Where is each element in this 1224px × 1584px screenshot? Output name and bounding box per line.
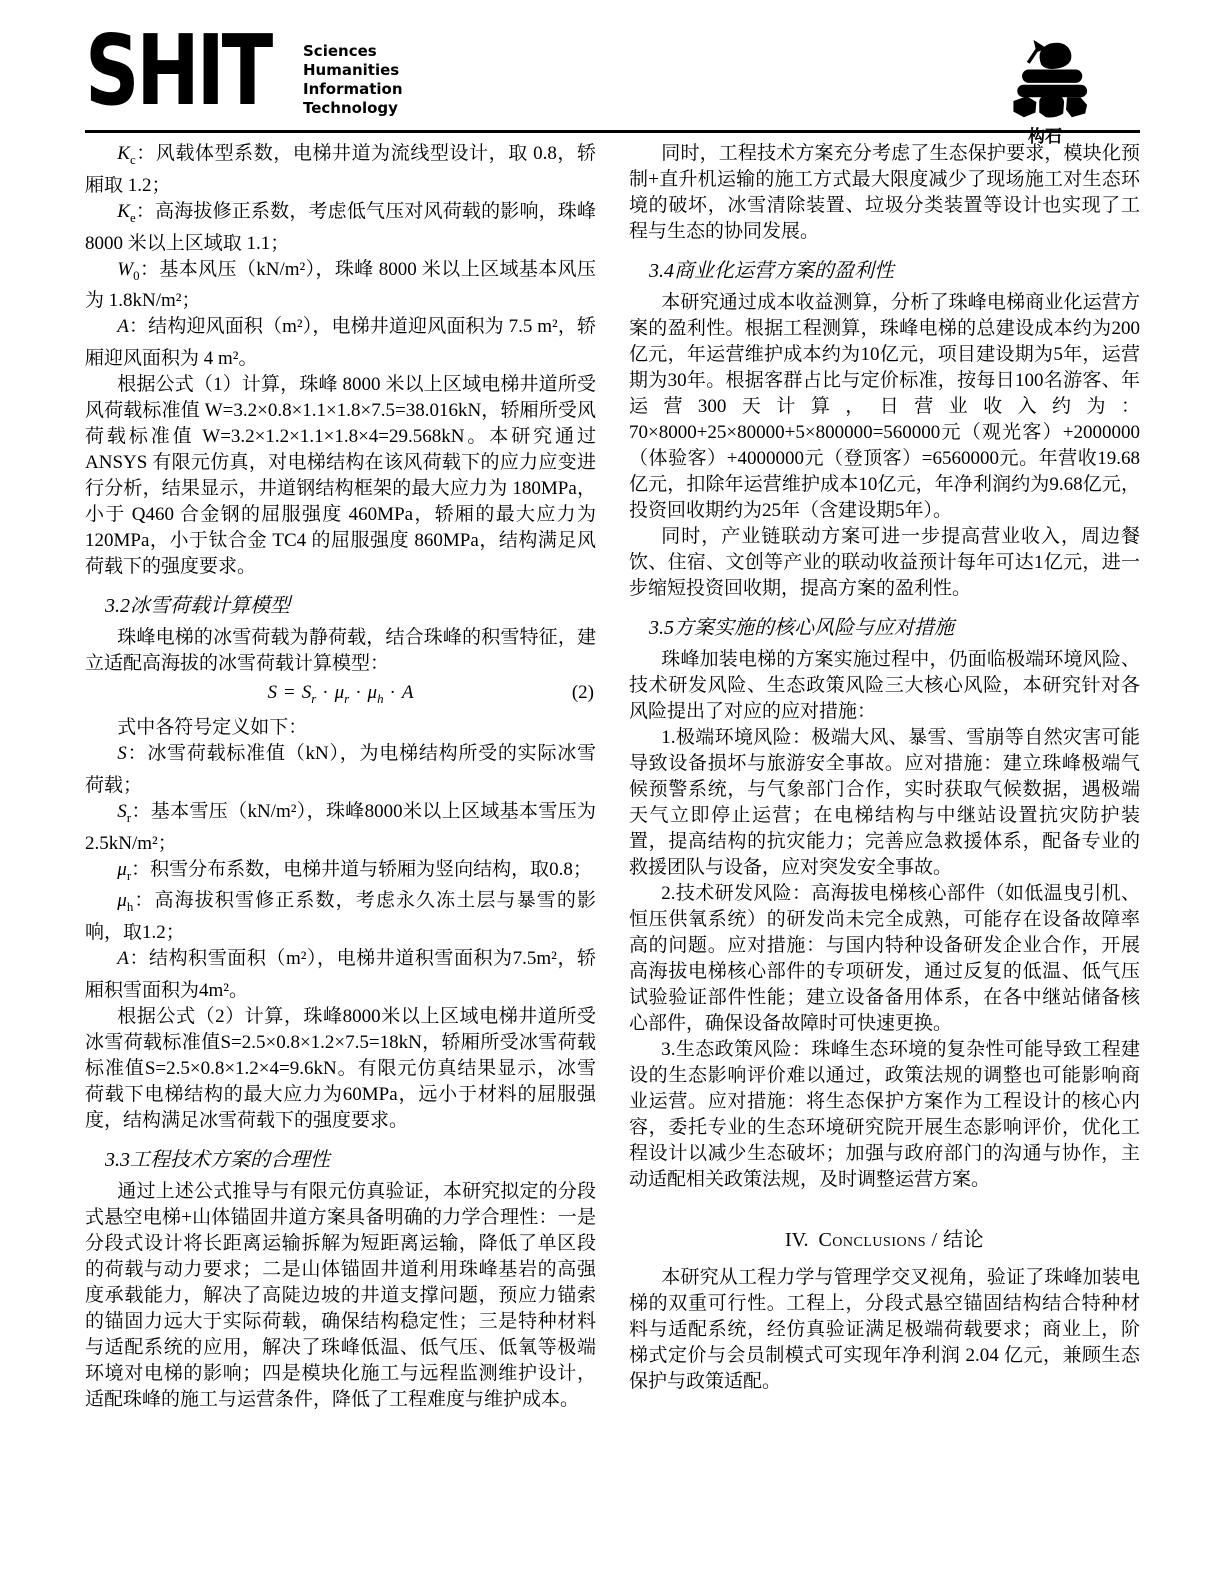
para-wind-load-calc: 根据公式（1）计算，珠峰 8000 米以上区域电梯井道所受风荷载标准值 W=3.…	[85, 372, 596, 580]
def-ke-text: ：高海拔修正系数，考虑低气压对风荷载的影响，珠峰 8000 米以上区域取 1.1…	[85, 201, 596, 254]
paper-page: SHIT Sciences Humanities Information Tec…	[0, 0, 1224, 1584]
para-snow-load-calc: 根据公式（2）计算，珠峰8000米以上区域电梯井道所受冰雪荷载标准值S=2.5×…	[85, 1004, 596, 1134]
def-kc-text: ：风载体型系数，电梯井道为流线型设计，取 0.8，轿厢取 1.2；	[85, 143, 596, 196]
right-column: 同时，工程技术方案充分考虑了生态保护要求，模块化预制+直升机运输的施工方式最大限…	[629, 141, 1140, 1413]
para-risk-policy: 3.生态政策风险：珠峰生态环境的复杂性可能导致工程建设的生态影响评价难以通过，政…	[629, 1037, 1140, 1193]
para-risk-environment: 1.极端环境风险：极端大风、暴雪、雪崩等自然灾害可能导致设备损坏与旅游安全事故。…	[629, 725, 1140, 881]
def-a-wind: A：结构迎风面积（m²），电梯井道迎风面积为 7.5 m²，轿厢迎风面积为 4 …	[85, 314, 596, 372]
symbol-sr: S	[117, 801, 127, 822]
def-a-snow-text: ：结构积雪面积（m²），电梯井道积雪面积为7.5m²，轿厢积雪面积为4m²。	[85, 948, 596, 1001]
header-divider	[85, 130, 1140, 133]
para-risk-technology: 2.技术研发风险：高海拔电梯核心部件（如低温曳引机、恒压供氧系统）的研发尚未完全…	[629, 881, 1140, 1037]
def-w0: W0：基本风压（kN/m²），珠峰 8000 米以上区域基本风压为 1.8kN/…	[85, 257, 596, 315]
def-sr: Sr：基本雪压（kN/m²），珠峰8000米以上区域基本雪压为2.5kN/m²；	[85, 799, 596, 857]
para-symbol-defs-intro: 式中各符号定义如下：	[85, 715, 596, 741]
section-heading-3-2: 3.2冰雪荷载计算模型	[85, 593, 596, 619]
def-a-snow: A：结构积雪面积（m²），电梯井道积雪面积为7.5m²，轿厢积雪面积为4m²。	[85, 946, 596, 1004]
para-conclusions: 本研究从工程力学与管理学交叉视角，验证了珠峰加装电梯的双重可行性。工程上，分段式…	[629, 1265, 1140, 1395]
symbol-ke: K	[117, 201, 130, 222]
para-industry-chain: 同时，产业链联动方案可进一步提高营业收入，周边餐饮、住宿、文创等产业的联动收益预…	[629, 524, 1140, 602]
journal-tagline: Sciences Humanities Information Technolo…	[303, 42, 403, 118]
def-mu-r-text: ：积雪分布系数，电梯井道与轿厢为竖向结构，取0.8；	[131, 859, 592, 880]
def-s: S：冰雪荷载标准值（kN），为电梯结构所受的实际冰雪荷载；	[85, 741, 596, 799]
symbol-a-snow: A	[117, 948, 129, 969]
left-column: Kc：风载体型系数，电梯井道为流线型设计，取 0.8，轿厢取 1.2； Ke：高…	[85, 141, 596, 1413]
def-s-text: ：冰雪荷载标准值（kN），为电梯结构所受的实际冰雪荷载；	[85, 743, 596, 796]
journal-wordmark: SHIT	[85, 28, 270, 114]
symbol-s: S	[117, 743, 127, 764]
section-heading-3-3: 3.3工程技术方案的合理性	[85, 1147, 596, 1173]
tagline-line-technology: Technology	[303, 99, 403, 118]
def-a-wind-text: ：结构迎风面积（m²），电梯井道迎风面积为 7.5 m²，轿厢迎风面积为 4 m…	[85, 316, 596, 369]
def-w0-text: ：基本风压（kN/m²），珠峰 8000 米以上区域基本风压为 1.8kN/m²…	[85, 259, 596, 312]
stone-pile-icon	[997, 36, 1093, 124]
conclusions-title: Conclusions / 结论	[818, 1229, 984, 1251]
def-mu-h-text: ：高海拔积雪修正系数，考虑永久冻土层与暴雪的影响，取1.2；	[85, 890, 596, 943]
def-mu-h: μh：高海拔积雪修正系数，考虑永久冻土层与暴雪的影响，取1.2；	[85, 888, 596, 946]
symbol-a: A	[117, 316, 129, 337]
tagline-line-information: Information	[303, 80, 403, 99]
section-heading-3-4: 3.4商业化运营方案的盈利性	[629, 258, 1140, 284]
article-body: Kc：风载体型系数，电梯井道为流线型设计，取 0.8，轿厢取 1.2； Ke：高…	[85, 141, 1140, 1413]
para-snow-model-intro: 珠峰电梯的冰雪荷载为静荷载，结合珠峰的积雪特征，建立适配高海拔的冰雪荷载计算模型…	[85, 625, 596, 677]
equation-2: S=Sr·μr·μh·A (2)	[85, 680, 596, 712]
conclusions-heading: IV. Conclusions / 结论	[629, 1227, 1140, 1253]
section-heading-3-5: 3.5方案实施的核心风险与应对措施	[629, 615, 1140, 641]
page-header: SHIT Sciences Humanities Information Tec…	[85, 34, 1140, 130]
symbol-mu-h: μ	[117, 890, 127, 911]
symbol-mu-r: μ	[117, 859, 127, 880]
para-engineering-rationality: 通过上述公式推导与有限元仿真验证，本研究拟定的分段式悬空电梯+山体锚固井道方案具…	[85, 1179, 596, 1413]
para-risks-intro: 珠峰加装电梯的方案实施过程中，仍面临极端环境风险、技术研发风险、生态政策风险三大…	[629, 647, 1140, 725]
tagline-line-sciences: Sciences	[303, 42, 403, 61]
def-kc: Kc：风载体型系数，电梯井道为流线型设计，取 0.8，轿厢取 1.2；	[85, 141, 596, 199]
def-sr-text: ：基本雪压（kN/m²），珠峰8000米以上区域基本雪压为2.5kN/m²；	[85, 801, 596, 854]
tagline-line-humanities: Humanities	[303, 61, 403, 80]
def-ke: Ke：高海拔修正系数，考虑低气压对风荷载的影响，珠峰 8000 米以上区域取 1…	[85, 199, 596, 257]
para-eco-protection: 同时，工程技术方案充分考虑了生态保护要求，模块化预制+直升机运输的施工方式最大限…	[629, 141, 1140, 245]
symbol-w0: W	[117, 259, 133, 280]
para-profitability: 本研究通过成本收益测算，分析了珠峰电梯商业化运营方案的盈利性。根据工程测算，珠峰…	[629, 290, 1140, 524]
def-mu-r: μr：积雪分布系数，电梯井道与轿厢为竖向结构，取0.8；	[85, 857, 596, 889]
conclusions-number: IV.	[785, 1229, 809, 1251]
equation-2-number: (2)	[572, 680, 594, 706]
equation-2-body: S=Sr·μr·μh·A	[268, 680, 414, 712]
symbol-kc: K	[117, 143, 130, 164]
